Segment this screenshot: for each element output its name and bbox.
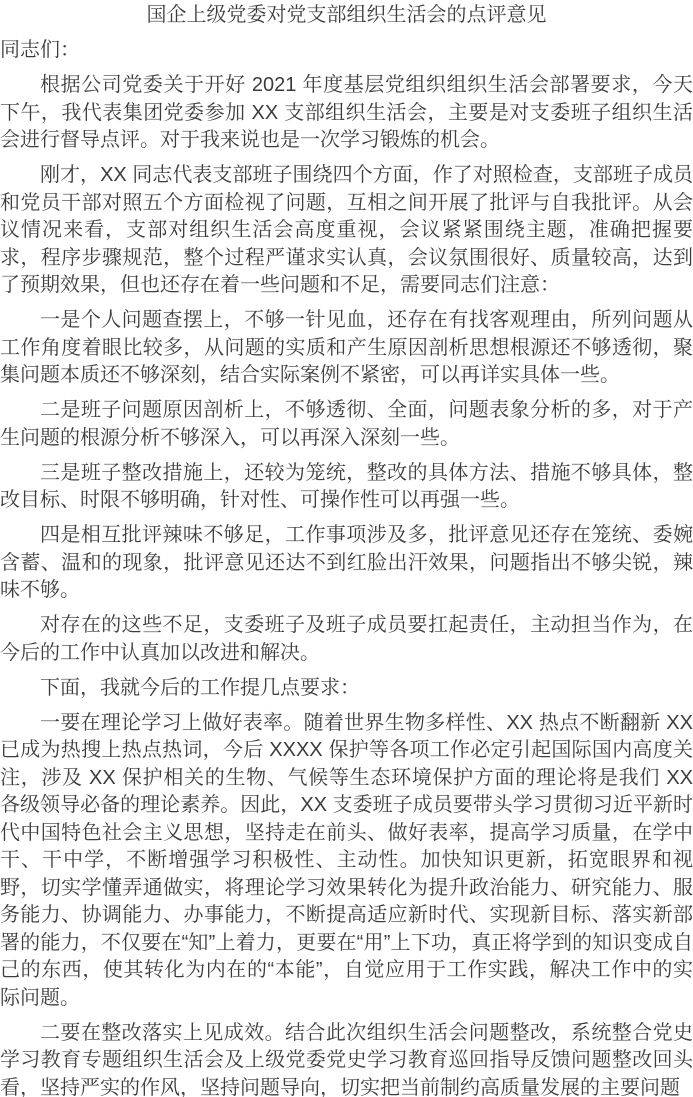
paragraph: 二要在整改落实上见成效。结合此次组织生活会问题整改，系统整合党史学习教育专题组织… <box>0 1020 693 1097</box>
paragraph: 对存在的这些不足，支委班子及班子成员要扛起责任，主动担当作为，在今后的工作中认真… <box>0 612 693 667</box>
salutation: 同志们： <box>0 37 693 65</box>
paragraph: 根据公司党委关于开好 2021 年度基层党组织组织生活会部署要求，今天下午，我代… <box>0 72 693 155</box>
paragraph: 二是班子问题原因剖析上，不够透彻、全面，问题表象分析的多，对于产生问题的根源分析… <box>0 397 693 452</box>
document-title: 国企上级党委对党支部组织生活会的点评意见 <box>0 2 693 30</box>
paragraph: 刚才，XX 同志代表支部班子围绕四个方面，作了对照检查，支部班子成员和党员干部对… <box>0 162 693 300</box>
paragraph: 下面，我就今后的工作提几点要求： <box>0 675 693 703</box>
paragraph: 一是个人问题查摆上，不够一针见血，还存在有找客观理由，所列问题从工作角度着眼比较… <box>0 307 693 390</box>
document-page: 国企上级党委对党支部组织生活会的点评意见 同志们： 根据公司党委关于开好 202… <box>0 0 693 1097</box>
paragraph: 一要在理论学习上做好表率。随着世界生物多样性、XX 热点不断翻新 XX 已成为热… <box>0 710 693 1013</box>
document-body: 根据公司党委关于开好 2021 年度基层党组织组织生活会部署要求，今天下午，我代… <box>0 72 693 1097</box>
paragraph: 四是相互批评辣味不够足，工作事项涉及多，批评意见还存在笼统、委婉含蓄、温和的现象… <box>0 522 693 605</box>
paragraph: 三是班子整改措施上，还较为笼统，整改的具体方法、措施不够具体，整改目标、时限不够… <box>0 460 693 515</box>
